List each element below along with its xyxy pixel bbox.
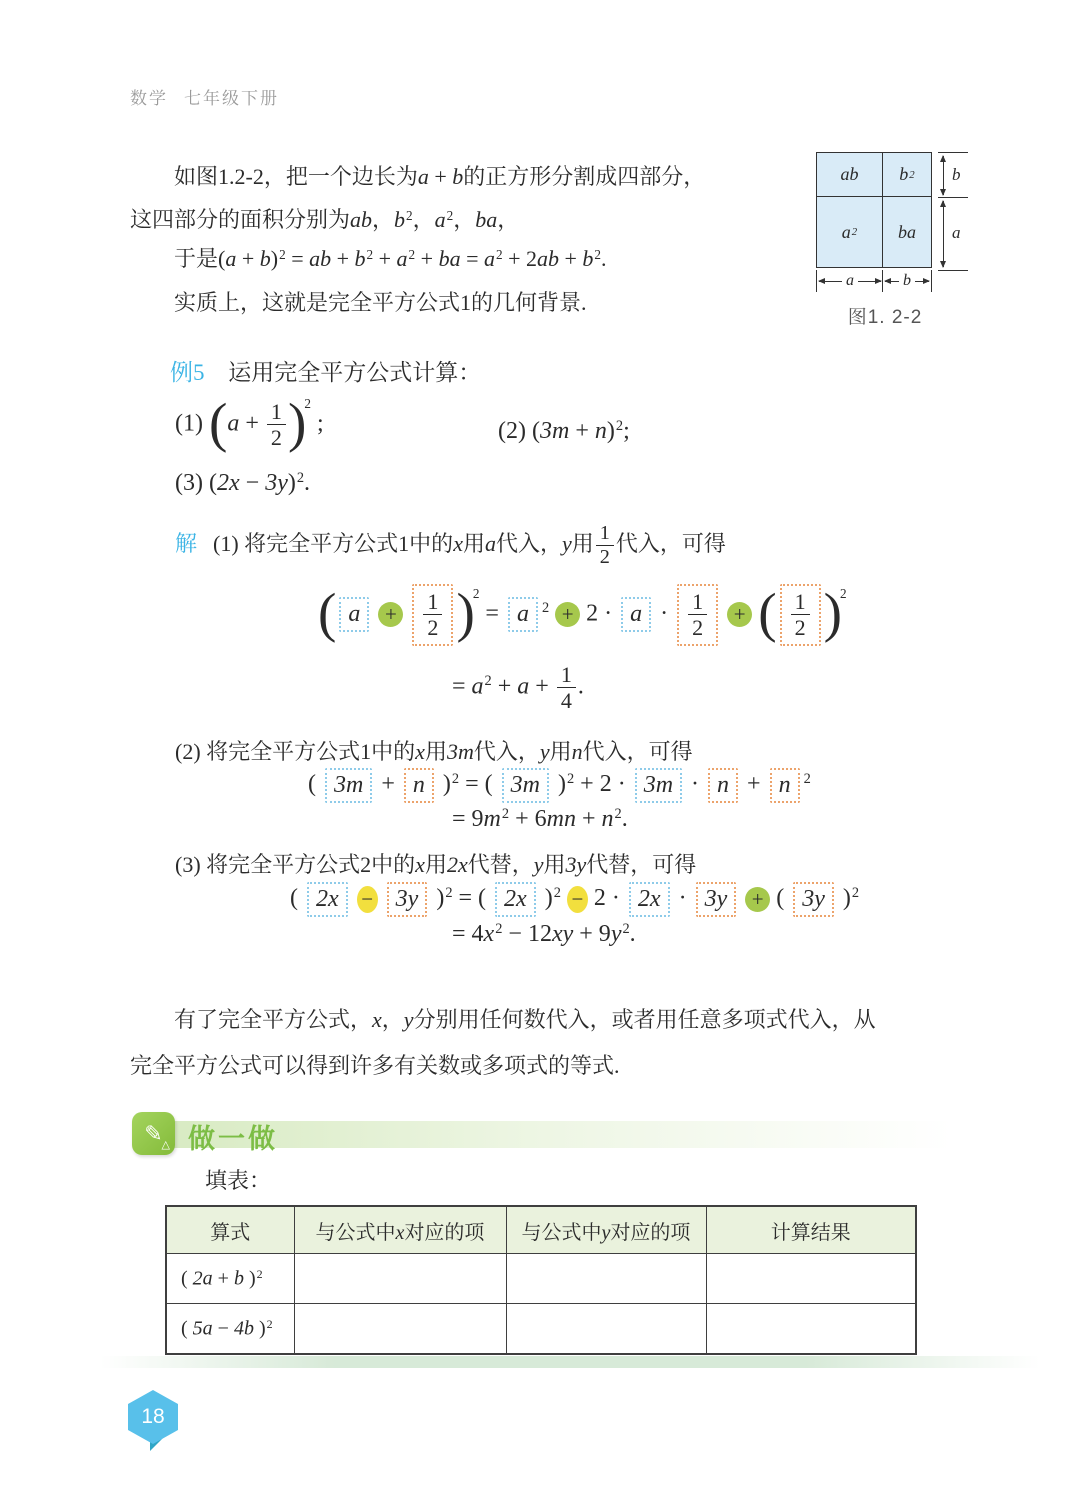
math-token: 2 xyxy=(502,806,509,822)
math-token: 对应的项 xyxy=(404,1222,484,1244)
fraction: 14 xyxy=(557,662,576,714)
math-token: y xyxy=(611,921,622,947)
orange-dotted-box: 3y xyxy=(387,882,428,917)
math-token: 实质上，这就是完全平方公式1的几何背景. xyxy=(174,290,587,315)
math-token: + xyxy=(529,673,555,699)
math-token: (2) ( xyxy=(498,418,540,444)
math-token: a xyxy=(418,164,429,189)
math-token: 2 xyxy=(267,1317,273,1331)
math-token: 2 · xyxy=(586,600,618,626)
math-token: (2) xyxy=(175,739,206,764)
math-token: mn xyxy=(547,806,576,832)
math-token: b xyxy=(355,246,366,271)
math-token: 对应的项 xyxy=(610,1222,690,1244)
solution-step-3-intro: (3) 将完全平方公式2中的x用2x代替，y用3y代替，可得 xyxy=(175,848,696,879)
math-token: + 9 xyxy=(573,921,611,947)
math-token: = xyxy=(286,246,309,271)
math-token: ( xyxy=(318,582,336,643)
math-token: . xyxy=(630,921,636,947)
closing-line-1: 有了完全平方公式，x，y分别用任何数代入，或者用任意多项式代入，从 xyxy=(174,1003,876,1034)
math-token: ( xyxy=(181,1317,193,1339)
math-token: 3m xyxy=(540,418,569,444)
double-arrow-icon xyxy=(943,201,944,267)
math-token: 2 xyxy=(622,921,629,937)
footer-decoration-band xyxy=(100,1356,1040,1368)
running-head-subject: 数学 xyxy=(130,89,168,108)
math-token: (3) ( xyxy=(175,470,217,496)
math-token: 的正方形分割成四部分， xyxy=(463,164,705,189)
orange-dotted-box: n xyxy=(404,768,434,803)
math-token: ) xyxy=(271,246,278,271)
math-token: y xyxy=(562,531,572,556)
solution-step-3-equation: ( 2x−3y )2 = ( 2x )2−2 · 2x · 3y+( 3y )2 xyxy=(290,882,859,917)
math-token: 2 xyxy=(485,673,492,689)
expression-cell: ( 2a + b )2 xyxy=(166,1254,294,1304)
column-header-result: 计算结果 xyxy=(706,1206,916,1254)
math-token: 2 xyxy=(852,226,857,238)
circled-operator: − xyxy=(357,886,378,913)
math-token: ; xyxy=(623,418,630,444)
fraction: 12 xyxy=(596,522,614,570)
fill-in-table: 算式 与公式中x对应的项 与公式中y对应的项 计算结果 ( 2a + b )2 … xyxy=(165,1205,917,1355)
math-token: 2 xyxy=(297,470,304,486)
empty-cell xyxy=(506,1254,706,1304)
figure-bottom-dimensions: a b xyxy=(816,270,932,294)
closing-line-2: 完全平方公式可以得到许多有关数或多项式的等式. xyxy=(130,1049,620,1080)
math-token: + xyxy=(239,410,265,436)
math-token: n xyxy=(602,806,614,832)
math-token: y xyxy=(540,739,550,764)
solution-step-2-result: = 9m2 + 6mn + n2. xyxy=(452,806,628,833)
math-token: 用 xyxy=(425,852,447,877)
math-token: 将完全平方公式1中的 xyxy=(206,739,415,764)
math-token: n xyxy=(595,418,607,444)
math-token: y xyxy=(404,1007,414,1032)
math-token: 2 xyxy=(445,885,452,901)
column-header-x-term: 与公式中x对应的项 xyxy=(294,1206,506,1254)
math-token: . xyxy=(601,246,607,271)
math-token: . xyxy=(622,806,628,832)
math-token: ba xyxy=(439,246,461,271)
math-token: + xyxy=(559,246,582,271)
math-token: ; xyxy=(311,410,324,436)
math-token: 这四部分的面积分别为 xyxy=(130,207,350,232)
math-token: 3m xyxy=(644,772,673,798)
fraction: 12 xyxy=(267,399,286,451)
math-token: x xyxy=(415,739,425,764)
math-token: + xyxy=(213,1267,234,1289)
blue-dotted-box: 3m xyxy=(502,768,549,803)
math-token: + xyxy=(492,673,518,699)
math-token: n xyxy=(717,772,729,798)
blue-dotted-box: 3m xyxy=(635,768,682,803)
math-token: b xyxy=(452,164,463,189)
math-token: 用 xyxy=(572,531,594,556)
math-token: 用 xyxy=(463,531,485,556)
math-token: 将完全平方公式1中的 xyxy=(244,531,453,556)
activity-prompt: 填表： xyxy=(205,1164,271,1195)
math-token: (3) xyxy=(175,852,206,877)
running-head-volume: 七年级下册 xyxy=(184,89,279,108)
dimension-label: b xyxy=(952,165,961,185)
math-token: ab xyxy=(350,207,372,232)
table-row: ( 2a + b )2 xyxy=(166,1254,916,1304)
math-token: 5a xyxy=(193,1317,213,1339)
math-token: + 2 · xyxy=(574,771,632,797)
math-token: = xyxy=(479,600,505,626)
blue-dotted-box: a xyxy=(621,597,651,632)
math-token: ) xyxy=(254,1317,266,1339)
fraction: 12 xyxy=(791,589,810,641)
math-token: x xyxy=(372,1007,382,1032)
math-token: a xyxy=(842,222,851,243)
figure-cell-b2: b2 xyxy=(883,153,931,197)
math-token: ( xyxy=(209,392,227,453)
math-token: + xyxy=(429,164,452,189)
empty-cell xyxy=(706,1254,916,1304)
math-token: 有了完全平方公式， xyxy=(174,1007,372,1032)
orange-dotted-box: n xyxy=(708,768,738,803)
solution-step-1-text: (1) 将完全平方公式1中的x用a代入，y用12代入，可得 xyxy=(213,531,726,556)
math-token: a xyxy=(630,601,642,627)
circled-operator: + xyxy=(745,887,770,912)
math-token: ba xyxy=(475,207,497,232)
math-token: ( xyxy=(308,771,322,797)
orange-dotted-box: n xyxy=(770,768,800,803)
pencil-icon: ✎ xyxy=(144,1121,162,1147)
math-token: + xyxy=(741,771,767,797)
math-token: · xyxy=(654,600,674,626)
math-token: . xyxy=(578,673,584,699)
empty-cell xyxy=(294,1304,506,1355)
math-token: (1) xyxy=(213,531,244,556)
math-token: 3y xyxy=(566,852,587,877)
solution-step-1-equation: (a+12)2 = a2+2 · a · 12+(12)2 xyxy=(318,584,847,646)
orange-dotted-box: 3y xyxy=(793,882,834,917)
math-token: 算式 xyxy=(210,1222,250,1244)
figure-cell-ab: ab xyxy=(817,153,883,197)
math-token: ab xyxy=(309,246,331,271)
solution-step-2-equation: ( 3m + n )2 = ( 3m )2 + 2 · 3m · n + n2 xyxy=(308,768,811,803)
math-token: · xyxy=(685,771,705,797)
dimension-arrow-a: a xyxy=(938,197,968,271)
figure-square: ab b2 a2 ba xyxy=(816,152,932,268)
page-number-badge: 18 xyxy=(128,1390,178,1444)
math-token: a xyxy=(485,531,496,556)
math-token: ) xyxy=(539,885,553,911)
math-token: 2x xyxy=(504,886,527,912)
math-token: 3m xyxy=(334,772,363,798)
blue-dotted-box: 2x xyxy=(307,882,348,917)
figure-cell-ba: ba xyxy=(883,197,931,267)
figure-caption: 图1. 2-2 xyxy=(810,302,960,329)
math-token: ， xyxy=(453,207,475,232)
orange-dotted-box: 3y xyxy=(696,882,737,917)
solution-step-3-result: = 4x2 − 12xy + 9y2. xyxy=(452,921,636,948)
math-token: 于是 xyxy=(174,246,218,271)
math-token: + xyxy=(576,806,602,832)
intro-line-4: 实质上，这就是完全平方公式1的几何背景. xyxy=(174,286,587,317)
math-token: a xyxy=(397,246,408,271)
math-token: 2 xyxy=(804,771,811,787)
figure-cell-a2: a2 xyxy=(817,197,883,267)
math-token: 3y xyxy=(802,886,825,912)
circled-operator: + xyxy=(727,602,752,627)
math-token: b xyxy=(260,246,271,271)
math-token: = ( xyxy=(453,885,493,911)
fraction: 12 xyxy=(688,589,707,641)
empty-cell xyxy=(706,1304,916,1355)
math-token: 2x xyxy=(217,470,240,496)
solution-label: 解 xyxy=(175,531,197,556)
blue-dotted-box: 2x xyxy=(495,882,536,917)
math-token: 2 xyxy=(257,1267,263,1281)
math-token: a xyxy=(517,601,529,627)
orange-dotted-box: 12 xyxy=(677,584,718,646)
math-token: ) xyxy=(437,771,451,797)
math-token: · xyxy=(673,885,693,911)
dimension-arrow-a: a xyxy=(816,270,883,292)
math-token: + 6 xyxy=(509,806,547,832)
math-token: 2a xyxy=(193,1267,213,1289)
math-token: n xyxy=(779,772,791,798)
blue-dotted-box: a xyxy=(508,597,538,632)
column-header-y-term: 与公式中y对应的项 xyxy=(506,1206,706,1254)
math-token: a xyxy=(517,673,529,699)
figure-1-2-2: ab b2 a2 ba b a a b 图1. 2-2 xyxy=(810,152,990,352)
math-token: − xyxy=(240,470,266,496)
math-token: ) xyxy=(552,771,566,797)
math-token: 3m xyxy=(511,772,540,798)
example-title: 运用完全平方公式计算： xyxy=(228,360,481,385)
solution-step-1-result: = a2 + a + 14. xyxy=(452,662,584,714)
circled-operator: + xyxy=(378,602,403,627)
dimension-arrow-b: b xyxy=(882,270,932,292)
math-token: ) xyxy=(430,885,444,911)
math-token: 2x xyxy=(638,886,661,912)
math-token: + xyxy=(331,246,354,271)
dimension-arrow-b: b xyxy=(938,152,968,198)
math-token: ab xyxy=(537,246,559,271)
math-token: a xyxy=(348,601,360,627)
textbook-page: 数学七年级下册 如图1.2-2，把一个边长为a + b的正方形分割成四部分， 这… xyxy=(0,0,1082,1508)
math-token: a xyxy=(225,246,236,271)
math-token: n xyxy=(572,739,583,764)
math-token: x xyxy=(484,921,495,947)
dimension-label: a xyxy=(952,223,961,243)
table-header-row: 算式 与公式中x对应的项 与公式中y对应的项 计算结果 xyxy=(166,1206,916,1254)
math-token: b xyxy=(234,1267,244,1289)
page-number: 18 xyxy=(141,1405,164,1429)
blue-dotted-box: 2x xyxy=(629,882,670,917)
math-token: = 4 xyxy=(452,921,484,947)
intro-line-1: 如图1.2-2，把一个边长为a + b的正方形分割成四部分， xyxy=(174,160,705,191)
math-token: 3m xyxy=(447,739,474,764)
math-token: x xyxy=(453,531,463,556)
problem-1: (1) (a + 12)2 ; xyxy=(175,396,324,451)
double-arrow-icon xyxy=(943,156,944,195)
math-token: a xyxy=(227,410,239,436)
math-token: = 9 xyxy=(452,806,484,832)
math-token: ( xyxy=(758,582,776,643)
math-token: 与公式中 xyxy=(316,1222,396,1244)
triangle-ruler-icon: △ xyxy=(162,1140,170,1151)
math-token: b xyxy=(394,207,405,232)
math-token: ， xyxy=(372,207,394,232)
intro-line-3: 于是(a + b)2 = ab + b2 + a2 + ba = a2 + 2a… xyxy=(174,242,607,273)
math-token: ab xyxy=(841,164,859,185)
math-token: = xyxy=(461,246,484,271)
math-token: 用 xyxy=(550,739,572,764)
math-token: 用 xyxy=(544,852,566,877)
math-token: a xyxy=(472,673,484,699)
math-token: ) xyxy=(288,392,306,453)
math-token: 计算结果 xyxy=(771,1222,851,1244)
math-token: + xyxy=(569,418,595,444)
dimension-label: a xyxy=(842,272,858,290)
column-header-expression: 算式 xyxy=(166,1206,294,1254)
math-token: (1) xyxy=(175,410,209,436)
math-token: 2 xyxy=(615,806,622,822)
math-token: 代入， xyxy=(474,739,540,764)
activity-title: 做一做 xyxy=(188,1117,278,1156)
math-token: 完全平方公式可以得到许多有关数或多项式的等式. xyxy=(130,1053,620,1078)
math-token: 2x xyxy=(316,886,339,912)
math-token: xy xyxy=(552,921,573,947)
math-token: + xyxy=(375,771,401,797)
math-token: ) xyxy=(244,1267,256,1289)
math-token: 2 xyxy=(496,247,503,262)
math-token: 将完全平方公式2中的 xyxy=(206,852,415,877)
fraction: 12 xyxy=(423,589,442,641)
pencil-ruler-icon: ✎ △ xyxy=(132,1112,175,1155)
math-token: m xyxy=(484,806,501,832)
math-token: n xyxy=(413,772,425,798)
math-token: 用 xyxy=(425,739,447,764)
math-token: = xyxy=(452,673,472,699)
math-token: 2 xyxy=(542,600,549,616)
math-token: 3y xyxy=(265,470,288,496)
empty-cell xyxy=(294,1254,506,1304)
math-token: ， xyxy=(413,207,435,232)
orange-dotted-box: 12 xyxy=(412,584,453,646)
math-token: 代替，可得 xyxy=(586,852,696,877)
math-token: − 12 xyxy=(502,921,552,947)
circled-operator: − xyxy=(567,886,588,913)
blue-dotted-box: a xyxy=(339,597,369,632)
example-heading: 例5 运用完全平方公式计算： xyxy=(170,354,481,387)
math-token: ， xyxy=(382,1007,404,1032)
math-token: = ( xyxy=(459,771,499,797)
dimension-label: b xyxy=(899,272,915,290)
math-token: 2 · xyxy=(594,885,626,911)
problem-2: (2) (3m + n)2; xyxy=(498,418,630,445)
math-token: + xyxy=(373,246,396,271)
math-token: ) xyxy=(288,470,296,496)
math-token: ， xyxy=(497,207,519,232)
math-token: ( xyxy=(290,885,304,911)
math-token: b xyxy=(899,164,908,185)
math-token: 2 xyxy=(909,169,914,181)
solution-step-2-intro: (2) 将完全平方公式1中的x用3m代入，y用n代入，可得 xyxy=(175,735,693,766)
intro-line-2: 这四部分的面积分别为ab，b2，a2，ba， xyxy=(130,203,519,234)
math-token: 代入，可得 xyxy=(583,739,693,764)
blue-dotted-box: 3m xyxy=(325,768,372,803)
math-token: . xyxy=(304,470,310,496)
solution-step-1-intro: 解(1) 将完全平方公式1中的x用a代入，y用12代入，可得 xyxy=(175,522,726,570)
math-token: a xyxy=(484,246,495,271)
math-token: 3y xyxy=(396,886,419,912)
math-token: + xyxy=(415,246,438,271)
math-token: 2 xyxy=(279,247,286,262)
problem-3: (3) (2x − 3y)2. xyxy=(175,470,310,497)
table-row: ( 5a − 4b )2 xyxy=(166,1304,916,1355)
math-token: 2 xyxy=(852,885,859,901)
math-token: 如图1.2-2，把一个边长为 xyxy=(174,164,418,189)
math-token: − xyxy=(213,1317,234,1339)
math-token: ) xyxy=(824,582,842,643)
running-head: 数学七年级下册 xyxy=(130,84,295,109)
math-token: 代替， xyxy=(468,852,534,877)
math-token: 2 xyxy=(616,418,623,434)
example-label: 例5 xyxy=(170,360,205,385)
math-token: 3y xyxy=(705,886,728,912)
empty-cell xyxy=(506,1304,706,1355)
math-token: 2 xyxy=(554,885,561,901)
math-token: y xyxy=(534,852,544,877)
math-token: b xyxy=(582,246,593,271)
math-token: 4b xyxy=(234,1317,254,1339)
orange-dotted-box: 12 xyxy=(780,584,821,646)
math-token: ) xyxy=(837,885,851,911)
math-token: 与公式中 xyxy=(522,1222,602,1244)
math-token: + xyxy=(236,246,259,271)
math-token: x xyxy=(415,852,425,877)
math-token: 2 xyxy=(406,208,413,223)
math-token: ) xyxy=(456,582,474,643)
expression-cell: ( 5a − 4b )2 xyxy=(166,1304,294,1355)
math-token: ( xyxy=(181,1267,193,1289)
figure-right-dimensions: b a xyxy=(938,152,972,269)
math-token: 代入，可得 xyxy=(616,531,726,556)
math-token: 分别用任何数代入，或者用任意多项式代入，从 xyxy=(414,1007,876,1032)
math-token: 代入， xyxy=(496,531,562,556)
math-token: + 2 xyxy=(503,246,537,271)
math-token: 2x xyxy=(447,852,468,877)
math-token: ba xyxy=(898,222,916,243)
math-token: ( xyxy=(776,885,790,911)
circled-operator: + xyxy=(555,602,580,627)
math-token: 2 xyxy=(452,771,459,787)
math-token: ) xyxy=(607,418,615,444)
math-token: a xyxy=(435,207,446,232)
